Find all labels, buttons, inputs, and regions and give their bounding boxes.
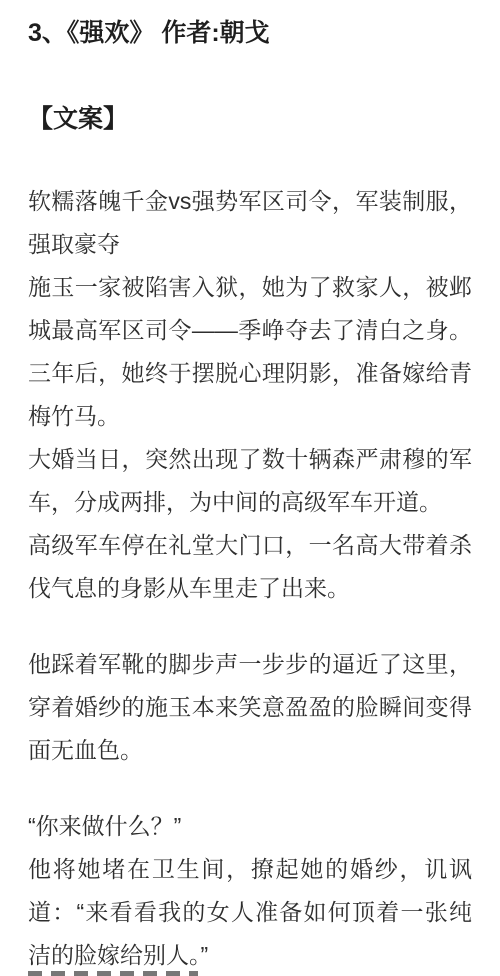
text-line: 道：“来看看我的女人准备如何顶着一张纯 [28,891,472,934]
text-line: 穿着婚纱的施玉本来笑意盈盈的脸瞬间变得 [28,686,472,729]
text-line: 面无血色。 [28,729,472,772]
text-line: 他将她堵在卫生间，撩起她的婚纱，讥讽 [28,848,472,891]
text-line: 大婚当日，突然出现了数十辆森严肃穆的军 [28,438,472,481]
text-line: 高级军车停在礼堂大门口，一名高大带着杀 [28,524,472,567]
text-line: 城最高军区司令——季峥夺去了清白之身。 [28,309,472,352]
text-line: 三年后，她终于摆脱心理阴影，准备嫁给青 [28,352,472,395]
page-title: 3、《强欢》 作者:朝戈 [28,16,472,50]
text-line: “你来做什么？” [28,805,472,848]
text-line: 他踩着军靴的脚步声一步步的逼近了这里， [28,643,472,686]
text-line: 软糯落魄千金vs强势军区司令，军装制服， [28,180,472,223]
text-line: 强取豪夺 [28,223,472,266]
synopsis-paragraph: “你来做什么？” 他将她堵在卫生间，撩起她的婚纱，讥讽 道：“来看看我的女人准备… [28,805,472,976]
text-line: 洁的脸嫁给别人。” [28,934,472,976]
article-page: 3、《强欢》 作者:朝戈 【文案】 软糯落魄千金vs强势军区司令，军装制服， 强… [0,0,500,976]
synopsis-text: 软糯落魄千金vs强势军区司令，军装制服， 强取豪夺 施玉一家被陷害入狱，她为了救… [28,180,472,976]
clipped-next-line-hint [28,971,198,976]
text-line: 伐气息的身影从车里走了出来。 [28,567,472,610]
text-line: 施玉一家被陷害入狱，她为了救家人，被邺 [28,266,472,309]
text-line: 梅竹马。 [28,395,472,438]
synopsis-paragraph: 软糯落魄千金vs强势军区司令，军装制服， 强取豪夺 施玉一家被陷害入狱，她为了救… [28,180,472,610]
text-line: 车，分成两排，为中间的高级军车开道。 [28,481,472,524]
section-label-synopsis: 【文案】 [28,102,472,136]
synopsis-paragraph: 他踩着军靴的脚步声一步步的逼近了这里， 穿着婚纱的施玉本来笑意盈盈的脸瞬间变得 … [28,643,472,772]
